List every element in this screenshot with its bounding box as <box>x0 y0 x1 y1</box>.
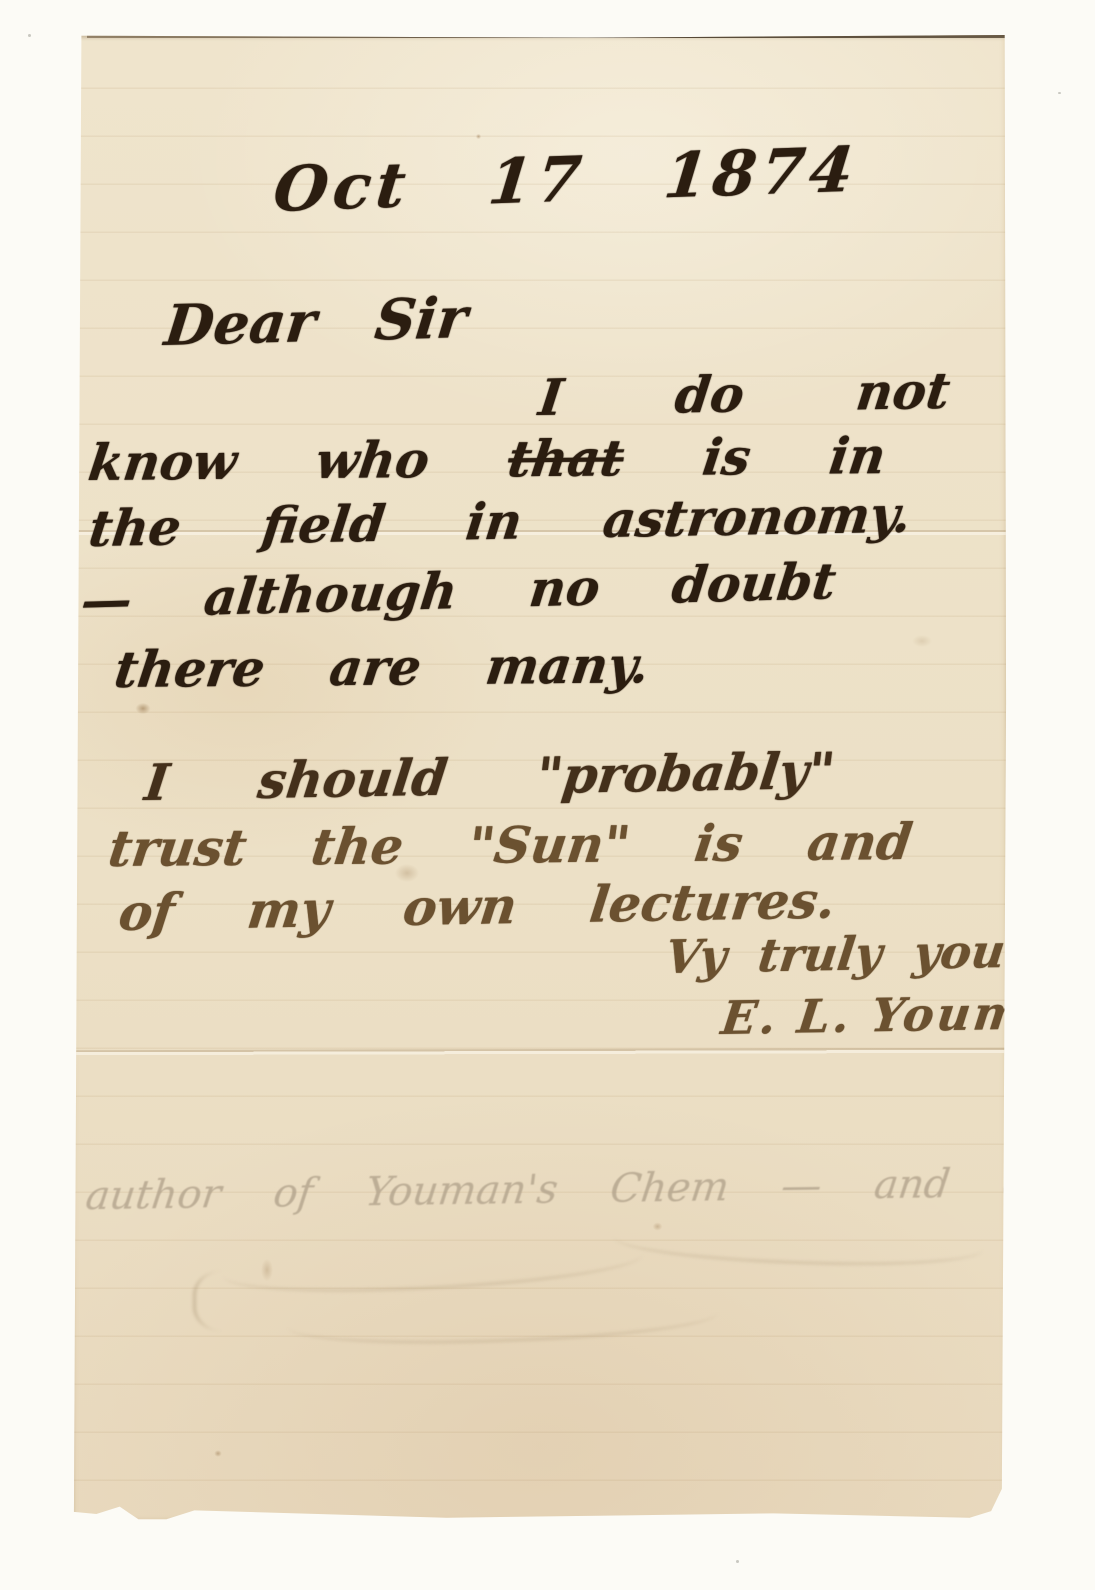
body-line-1: I do not <box>536 361 954 427</box>
letter-paper: Oct 17 1874 Dear Sir I do not know who t… <box>73 35 1007 1520</box>
body-text: know who <box>85 430 433 492</box>
stain <box>391 861 423 885</box>
fold-crease-lower <box>73 1048 1007 1057</box>
dust-speck <box>736 1560 739 1563</box>
body-line-3: the field in astronomy. <box>86 485 915 558</box>
stain <box>475 133 482 140</box>
bleed-through-mark <box>222 1229 644 1300</box>
closing-line: Vy truly yours <box>662 923 1058 984</box>
body-line-6: I should "probably" <box>142 741 838 812</box>
body-line-5: there are many. <box>111 635 653 699</box>
stain <box>133 701 153 716</box>
body-line-7: trust the "Sun" is and <box>105 812 915 878</box>
signature: E. L. Youmans <box>718 984 1095 1045</box>
scan-background: Oct 17 1874 Dear Sir I do not know who t… <box>0 0 1095 1590</box>
struck-word: that <box>505 428 628 488</box>
bleed-through-mark <box>193 1271 266 1331</box>
stain <box>213 1449 223 1458</box>
body-line-4: — although no doubt <box>78 551 839 630</box>
paper-top-edge-shadow <box>87 35 1005 38</box>
date-line: Oct 17 1874 <box>270 133 862 226</box>
body-text: is in <box>699 426 889 487</box>
pencil-inscription: author of Youman's Chem — and other <box>83 1159 1095 1219</box>
body-line-2: know who that is in <box>85 426 889 492</box>
dust-speck <box>28 34 31 37</box>
salutation: Dear Sir <box>161 285 470 359</box>
bleed-through-mark <box>612 1215 983 1271</box>
bleed-through-mark <box>287 1290 718 1350</box>
stain <box>909 633 935 649</box>
dust-speck <box>1058 92 1061 94</box>
